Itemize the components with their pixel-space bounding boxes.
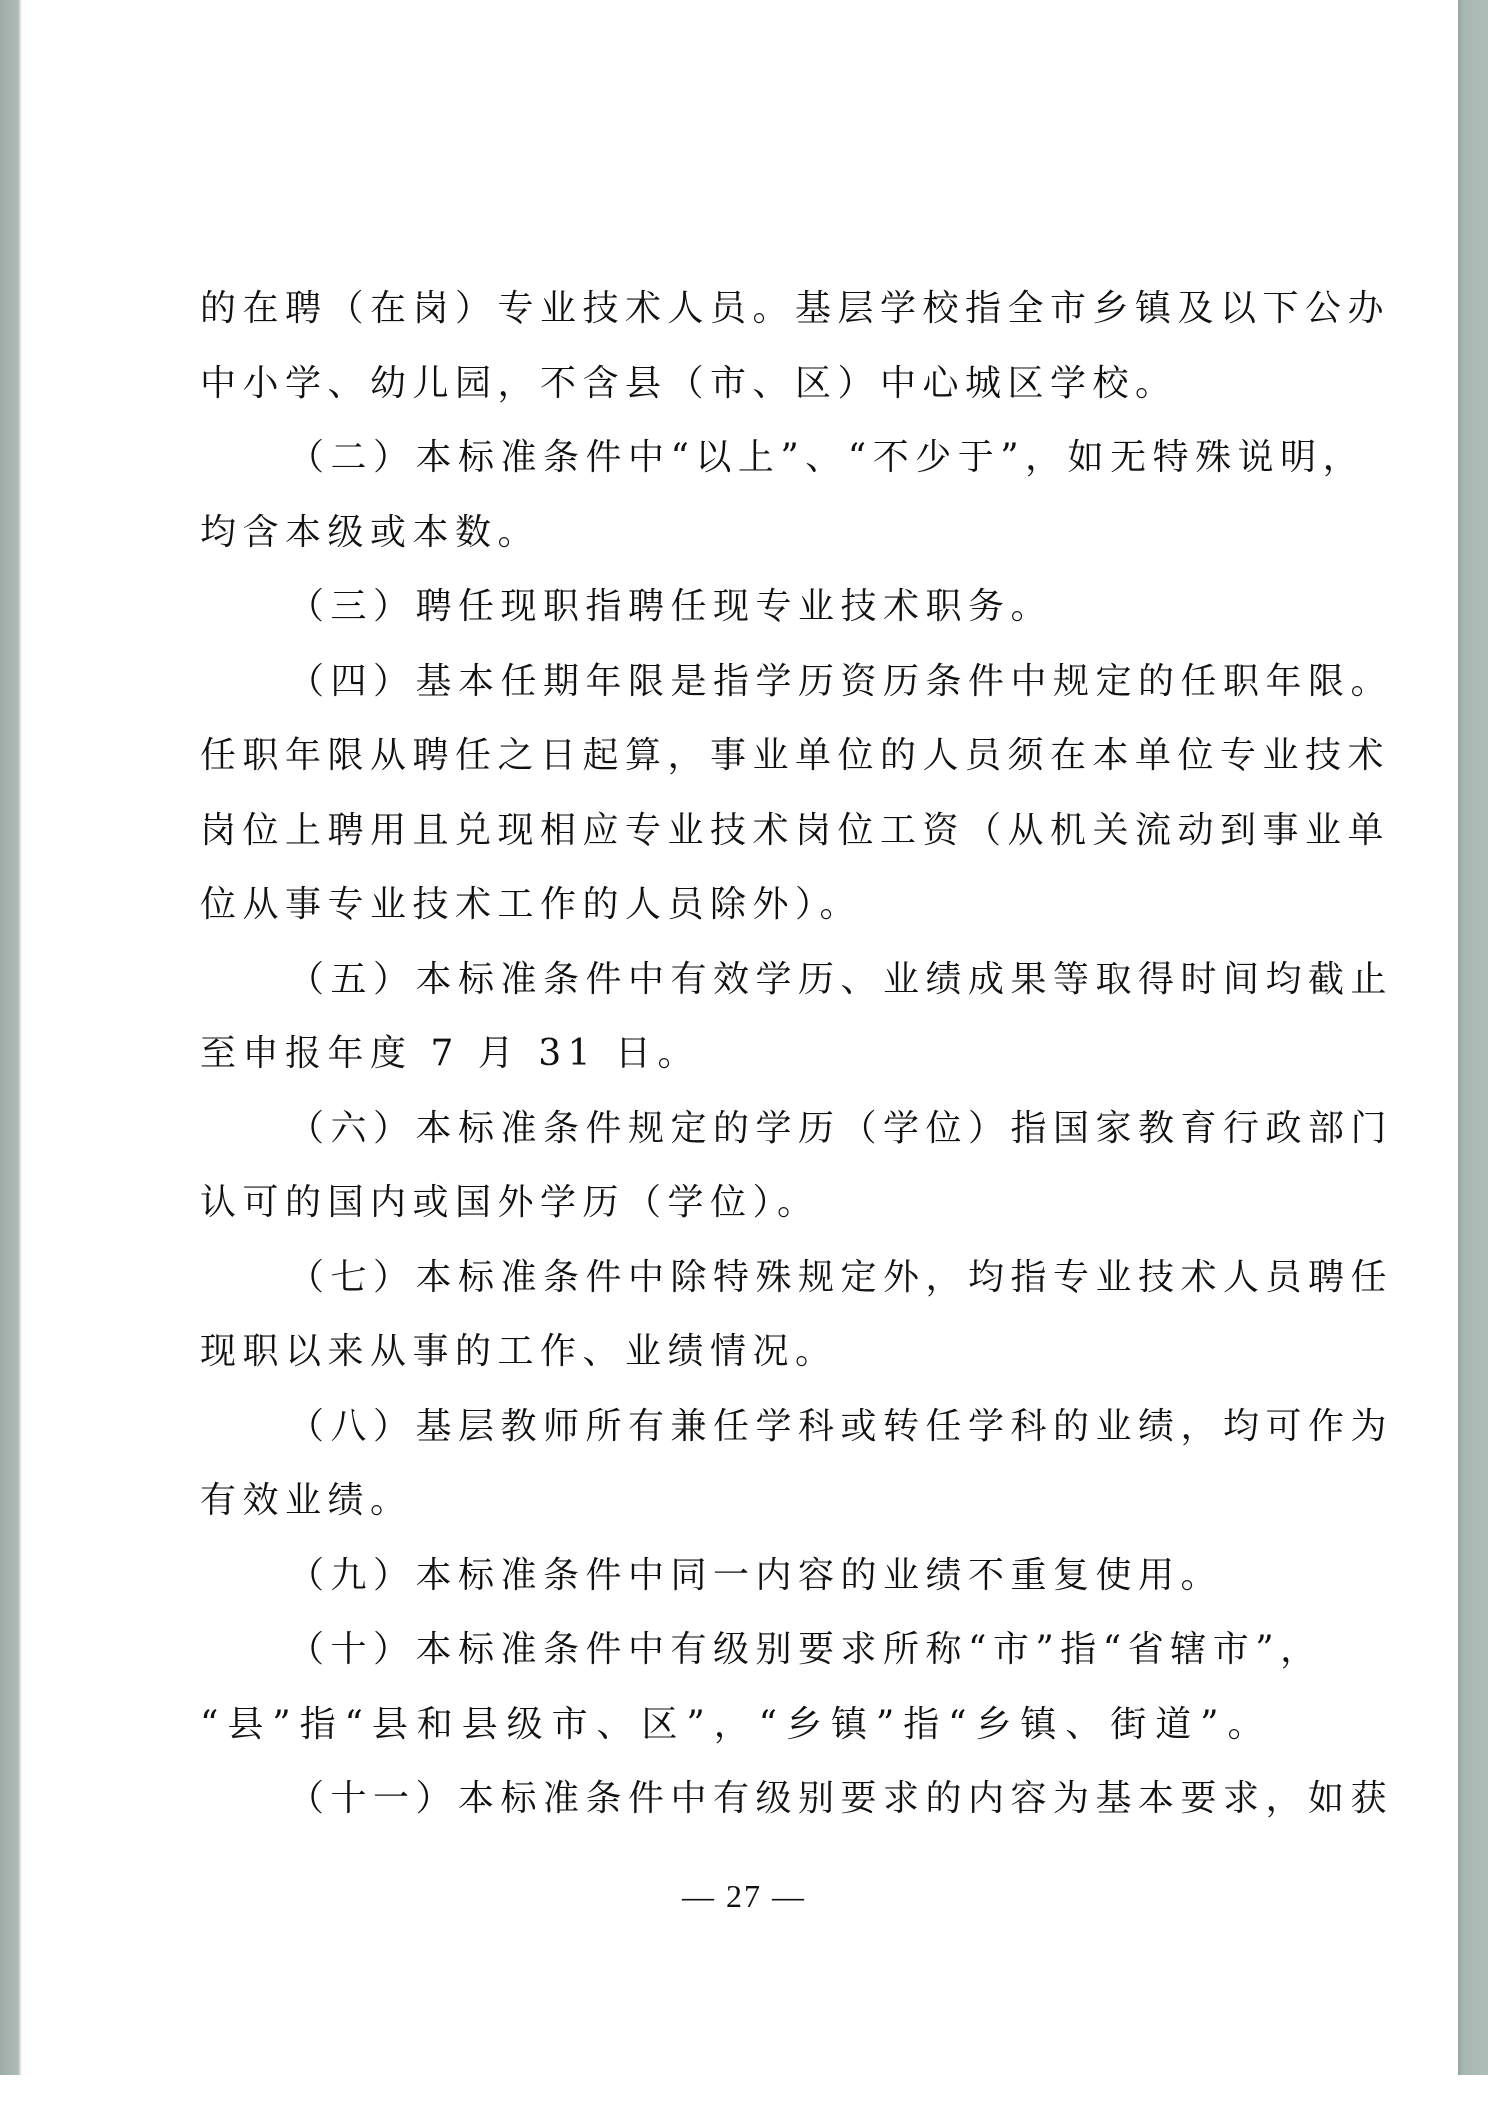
- text-line: 现职以来从事的工作、业绩情况。: [200, 1315, 1270, 1390]
- text-line: 中小学、幼儿园，不含县（市、区）中心城区学校。: [200, 347, 1270, 422]
- text-line: 有效业绩。: [200, 1464, 1270, 1539]
- scan-right-edge: [1458, 0, 1488, 2075]
- text-line: （七）本标准条件中除特殊规定外，均指专业技术人员聘任: [200, 1241, 1270, 1316]
- text-line: （八）基层教师所有兼任学科或转任学科的业绩，均可作为: [200, 1390, 1270, 1465]
- text-line: （九）本标准条件中同一内容的业绩不重复使用。: [200, 1539, 1270, 1614]
- text-line: 岗位上聘用且兑现相应专业技术岗位工资（从机关流动到事业单: [200, 794, 1270, 869]
- text-line: （五）本标准条件中有效学历、业绩成果等取得时间均截止: [200, 943, 1270, 1018]
- text-line: 均含本级或本数。: [200, 496, 1270, 571]
- text-line: （十一）本标准条件中有级别要求的内容为基本要求，如获: [200, 1762, 1270, 1837]
- page-number: — 27 —: [0, 1878, 1488, 1915]
- text-line: 认可的国内或国外学历（学位）。: [200, 1166, 1270, 1241]
- text-line: （四）基本任期年限是指学历资历条件中规定的任职年限。: [200, 645, 1270, 720]
- text-line: （三）聘任现职指聘任现专业技术职务。: [200, 570, 1270, 645]
- text-line: （十）本标准条件中有级别要求所称“市”指“省辖市”，: [200, 1613, 1270, 1688]
- text-line: 至申报年度 7 月 31 日。: [200, 1017, 1270, 1092]
- text-line: 任职年限从聘任之日起算，事业单位的人员须在本单位专业技术: [200, 719, 1270, 794]
- text-line: “县”指“县和县级市、区”，“乡镇”指“乡镇、街道”。: [200, 1688, 1270, 1763]
- text-line: 位从事专业技术工作的人员除外）。: [200, 868, 1270, 943]
- scan-bottom-margin: [0, 2075, 1488, 2104]
- document-body: 的在聘（在岗）专业技术人员。基层学校指全市乡镇及以下公办 中小学、幼儿园，不含县…: [200, 272, 1270, 1837]
- text-line: （六）本标准条件规定的学历（学位）指国家教育行政部门: [200, 1092, 1270, 1167]
- text-line: 的在聘（在岗）专业技术人员。基层学校指全市乡镇及以下公办: [200, 272, 1270, 347]
- text-line: （二）本标准条件中“以上”、“不少于”，如无特殊说明，: [200, 421, 1270, 496]
